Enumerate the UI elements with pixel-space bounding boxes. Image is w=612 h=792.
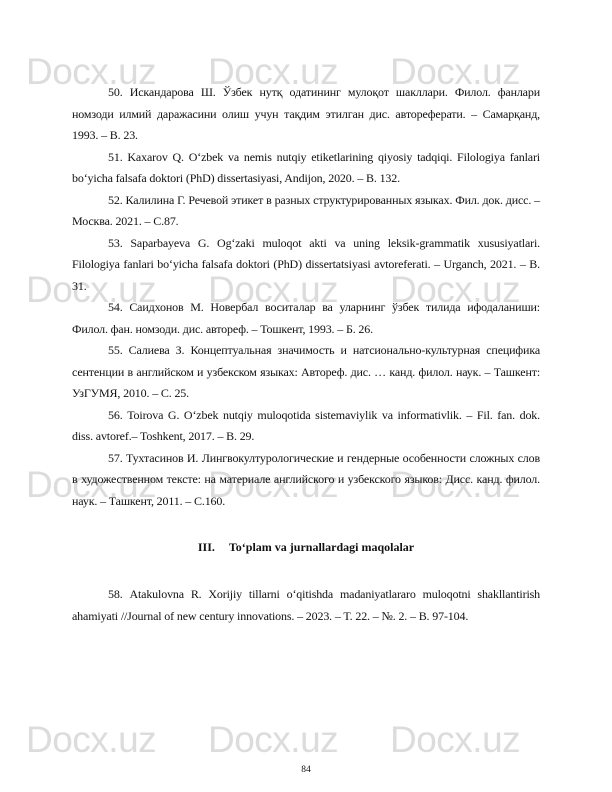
reference-text: Калилина Г. Речевой этикет в разных стру… xyxy=(72,193,540,229)
reference-number: 51. xyxy=(108,150,123,164)
reference-text: Kaxarov Q. O‘zbek va nemis nutqiy etiket… xyxy=(72,150,540,186)
reference-number: 55. xyxy=(108,343,123,357)
reference-item: 52. Калилина Г. Речевой этикет в разных … xyxy=(72,190,540,233)
watermark-text: Docx.uz xyxy=(26,720,156,760)
section-reference-list: 58. Atakulovna R. Xorijiy tillarni o‘qit… xyxy=(72,584,540,627)
reference-number: 54. xyxy=(108,300,123,314)
reference-item: 54. Саидхонов М. Новербал воситалар ва у… xyxy=(72,297,540,340)
reference-text: Саидхонов М. Новербал воситалар ва уларн… xyxy=(72,300,540,336)
reference-text: Искандарова Ш. Ўзбек нутқ одатининг муло… xyxy=(72,85,540,142)
reference-text: Atakulovna R. Xorijiy tillarni o‘qitishd… xyxy=(72,587,540,623)
section-title: To‘plam va jurnallardagi maqolalar xyxy=(229,540,414,554)
watermark-text: Docx.uz xyxy=(390,720,520,760)
reference-number: 50. xyxy=(108,85,123,99)
page-number: 84 xyxy=(0,765,612,775)
reference-text: Тухтасинов И. Лингвокултурологические и … xyxy=(72,451,540,508)
watermark-row: Docx.uz Docx.uz Docx.uz xyxy=(0,720,612,760)
reference-number: 52. xyxy=(108,193,123,207)
reference-item: 57. Тухтасинов И. Лингвокултурологически… xyxy=(72,448,540,513)
reference-text: Toirova G. O‘zbek nutqiy muloqotida sist… xyxy=(72,408,540,444)
watermark-text: Docx.uz xyxy=(208,720,338,760)
bibliography-page-body: 50. Искандарова Ш. Ўзбек нутқ одатининг … xyxy=(72,82,540,627)
reference-item: 58. Atakulovna R. Xorijiy tillarni o‘qit… xyxy=(72,584,540,627)
reference-item: 53. Saparbayeva G. Og‘zaki muloqot akti … xyxy=(72,233,540,298)
reference-list: 50. Искандарова Ш. Ўзбек нутқ одатининг … xyxy=(72,82,540,512)
section-number: III. xyxy=(198,540,215,554)
reference-number: 53. xyxy=(108,236,123,250)
reference-number: 56. xyxy=(108,408,123,422)
reference-item: 50. Искандарова Ш. Ўзбек нутқ одатининг … xyxy=(72,82,540,147)
reference-item: 51. Kaxarov Q. O‘zbek va nemis nutqiy et… xyxy=(72,147,540,190)
reference-text: Салиева З. Концептуальная значимость и н… xyxy=(72,343,540,400)
reference-number: 57. xyxy=(108,451,123,465)
reference-text: Saparbayeva G. Og‘zaki muloqot akti va u… xyxy=(72,236,540,293)
reference-number: 58. xyxy=(108,587,123,601)
reference-item: 55. Салиева З. Концептуальная значимость… xyxy=(72,340,540,405)
section-heading: III.To‘plam va jurnallardagi maqolalar xyxy=(72,538,540,556)
reference-item: 56. Toirova G. O‘zbek nutqiy muloqotida … xyxy=(72,405,540,448)
